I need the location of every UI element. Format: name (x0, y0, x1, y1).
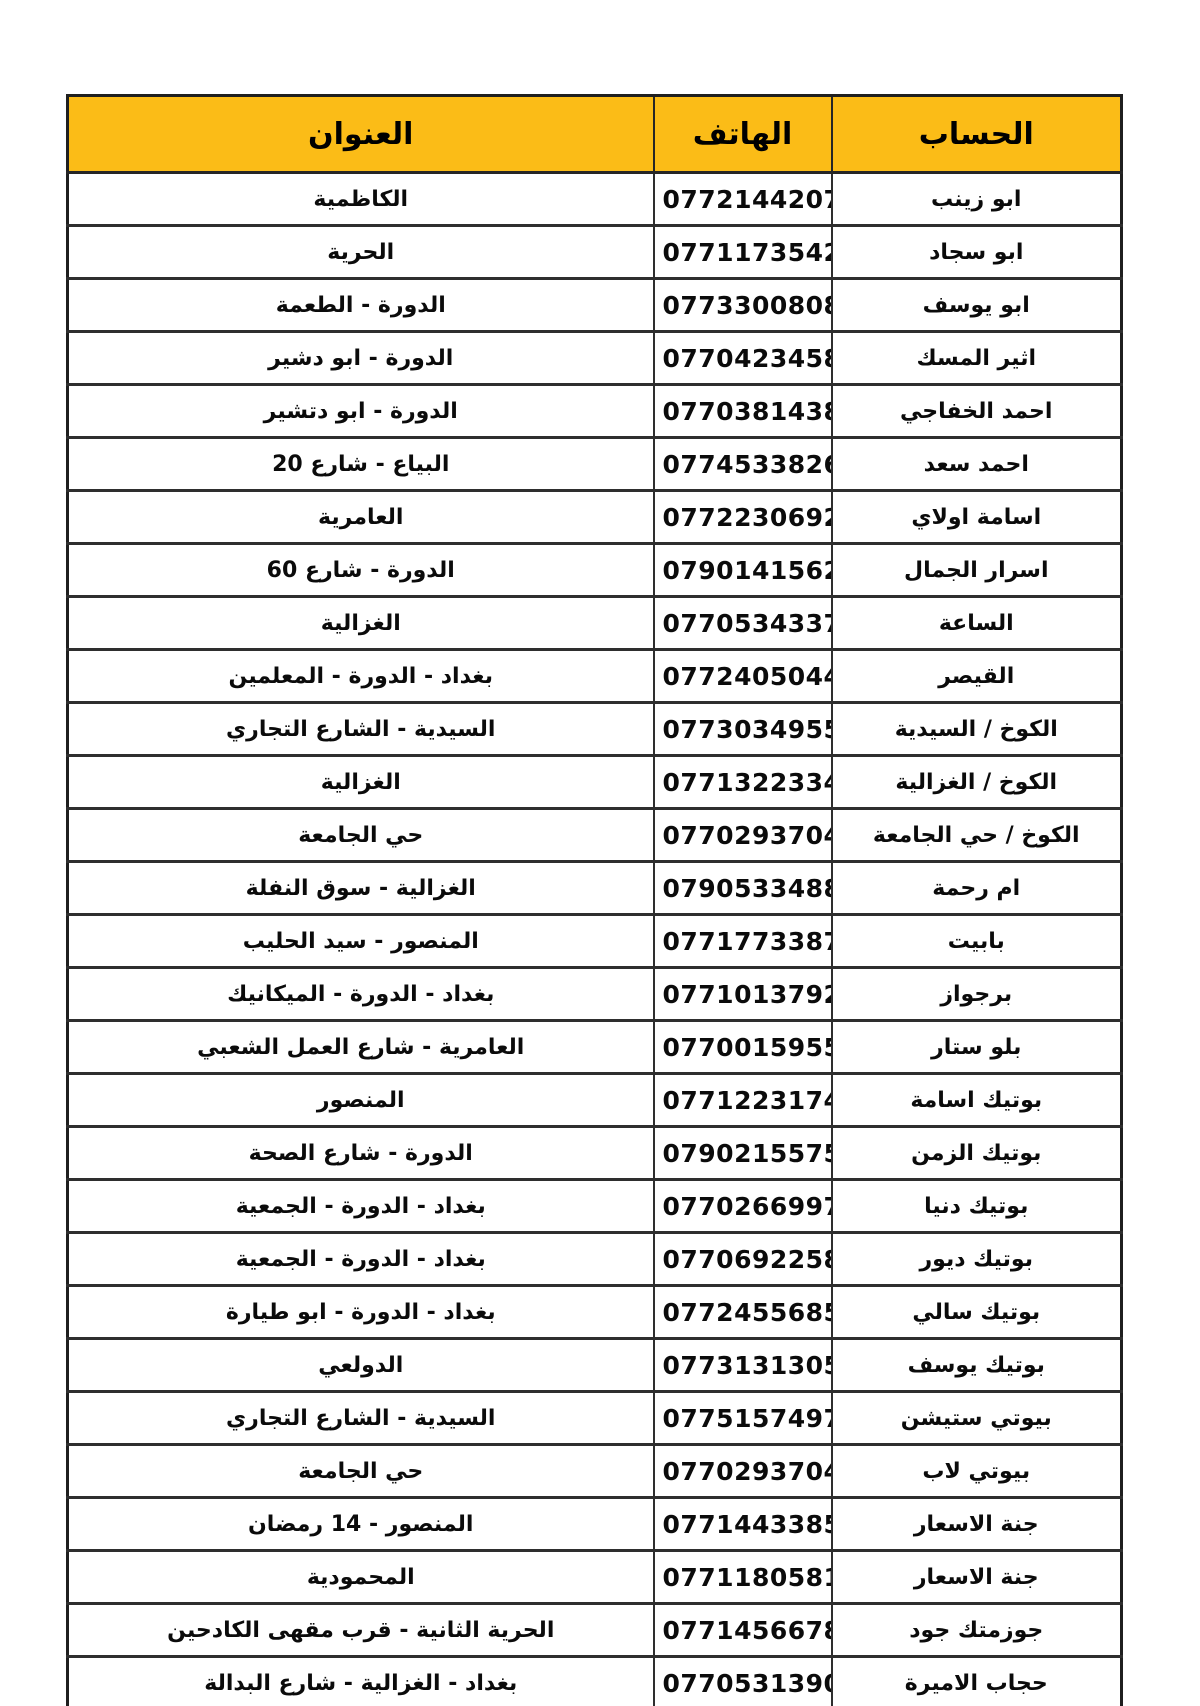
account-cell: احمد الخفاجي (832, 385, 1122, 438)
table-row: ابو سجاد07711735424الحرية (68, 226, 1122, 279)
account-cell: اثير المسك (832, 332, 1122, 385)
address-cell: الحرية الثانية - قرب مقهى الكادحين (68, 1604, 654, 1657)
header-phone: الهاتف (654, 96, 832, 173)
account-cell: بوتيك اسامة (832, 1074, 1122, 1127)
account-cell: بيوتي ستيشن (832, 1392, 1122, 1445)
account-cell: الكوخ / الغزالية (832, 756, 1122, 809)
table-row: القيصر07724050440بغداد - الدورة - المعلم… (68, 650, 1122, 703)
table-row: الساعة07705343377الغزالية (68, 597, 1122, 650)
phone-cell: 07722306922 (654, 491, 832, 544)
phone-cell: 07711805818 (654, 1551, 832, 1604)
address-cell: السيدية - الشارع التجاري (68, 703, 654, 756)
table-header: الحساب الهاتف العنوان (68, 96, 1122, 173)
address-cell: المحمودية (68, 1551, 654, 1604)
account-cell: بيوتي لاب (832, 1445, 1122, 1498)
account-cell: اسرار الجمال (832, 544, 1122, 597)
phone-cell: 07710137929 (654, 968, 832, 1021)
account-cell: بوتيك سالي (832, 1286, 1122, 1339)
address-cell: الدورة - الطعمة (68, 279, 654, 332)
address-cell: المنصور - سيد الحليب (68, 915, 654, 968)
phone-cell: 07705343377 (654, 597, 832, 650)
table-row: اسامة اولاي07722306922العامرية (68, 491, 1122, 544)
phone-cell: 07714566788 (654, 1604, 832, 1657)
account-cell: بوتيك يوسف (832, 1339, 1122, 1392)
phone-cell: 07905334885 (654, 862, 832, 915)
account-cell: ام رحمة (832, 862, 1122, 915)
address-cell: الغزالية - سوق النفلة (68, 862, 654, 915)
table-row: الكوخ / الغزالية07713223340الغزالية (68, 756, 1122, 809)
phone-cell: 07733008085 (654, 279, 832, 332)
table-row: بوتيك اسامة07712231746المنصور (68, 1074, 1122, 1127)
table-row: الكوخ / السيدية07730349557السيدية - الشا… (68, 703, 1122, 756)
phone-cell: 07714433855 (654, 1498, 832, 1551)
table-row: بوتيك دنيا07702669973بغداد - الدورة - ال… (68, 1180, 1122, 1233)
table-row: ابو زينب07721442078الكاظمية (68, 173, 1122, 226)
header-account: الحساب (832, 96, 1122, 173)
address-cell: بغداد - الدورة - الجمعية (68, 1180, 654, 1233)
header-row: الحساب الهاتف العنوان (68, 96, 1122, 173)
phone-cell: 07704234584 (654, 332, 832, 385)
phone-cell: 07713223340 (654, 756, 832, 809)
address-cell: بغداد - الغزالية - شارع البدالة (68, 1657, 654, 1706)
phone-cell: 07706922580 (654, 1233, 832, 1286)
address-cell: بغداد - الدورة - ابو طيارة (68, 1286, 654, 1339)
address-cell: الحرية (68, 226, 654, 279)
phone-cell: 07721442078 (654, 173, 832, 226)
phone-cell: 07711735424 (654, 226, 832, 279)
address-cell: بغداد - الدورة - المعلمين (68, 650, 654, 703)
accounts-table-container: الحساب الهاتف العنوان ابو زينب0772144207… (66, 94, 1123, 1706)
address-cell: حي الجامعة (68, 809, 654, 862)
address-cell: الكاظمية (68, 173, 654, 226)
address-cell: الدورة - ابو دتشير (68, 385, 654, 438)
table-row: اسرار الجمال07901415624الدورة - شارع 60 (68, 544, 1122, 597)
address-cell: المنصور - 14 رمضان (68, 1498, 654, 1551)
account-cell: بوتيك الزمن (832, 1127, 1122, 1180)
accounts-table: الحساب الهاتف العنوان ابو زينب0772144207… (66, 94, 1123, 1706)
phone-cell: 07702937047 (654, 809, 832, 862)
table-row: بابيت07717733873المنصور - سيد الحليب (68, 915, 1122, 968)
address-cell: المنصور (68, 1074, 654, 1127)
account-cell: جنة الاسعار (832, 1551, 1122, 1604)
phone-cell: 07902155751 (654, 1127, 832, 1180)
account-cell: القيصر (832, 650, 1122, 703)
phone-cell: 07724050440 (654, 650, 832, 703)
account-cell: ابو زينب (832, 173, 1122, 226)
table-row: جوزمتك جود07714566788الحرية الثانية - قر… (68, 1604, 1122, 1657)
account-cell: ابو سجاد (832, 226, 1122, 279)
table-row: بيوتي لاب07702937047حي الجامعة (68, 1445, 1122, 1498)
account-cell: الكوخ / السيدية (832, 703, 1122, 756)
phone-cell: 07724556852 (654, 1286, 832, 1339)
account-cell: حجاب الاميرة (832, 1657, 1122, 1706)
table-row: ابو يوسف07733008085الدورة - الطعمة (68, 279, 1122, 332)
table-row: بوتيك يوسف07731313057الدولعي (68, 1339, 1122, 1392)
address-cell: الدولعي (68, 1339, 654, 1392)
address-cell: الغزالية (68, 597, 654, 650)
document-page: الحساب الهاتف العنوان ابو زينب0772144207… (0, 0, 1200, 1706)
phone-cell: 07702669973 (654, 1180, 832, 1233)
address-cell: الدورة - شارع 60 (68, 544, 654, 597)
phone-cell: 07705313906 (654, 1657, 832, 1706)
header-address: العنوان (68, 96, 654, 173)
table-row: ام رحمة07905334885الغزالية - سوق النفلة (68, 862, 1122, 915)
account-cell: جوزمتك جود (832, 1604, 1122, 1657)
table-row: بوتيك ديور07706922580بغداد - الدورة - ال… (68, 1233, 1122, 1286)
table-row: احمد سعد07745338267البياع - شارع 20 (68, 438, 1122, 491)
account-cell: اسامة اولاي (832, 491, 1122, 544)
phone-cell: 07717733873 (654, 915, 832, 968)
address-cell: العامرية - شارع العمل الشعبي (68, 1021, 654, 1074)
phone-cell: 07712231746 (654, 1074, 832, 1127)
address-cell: السيدية - الشارع التجاري (68, 1392, 654, 1445)
address-cell: حي الجامعة (68, 1445, 654, 1498)
table-row: حجاب الاميرة07705313906بغداد - الغزالية … (68, 1657, 1122, 1706)
phone-cell: 07702937047 (654, 1445, 832, 1498)
address-cell: الدورة - ابو دشير (68, 332, 654, 385)
address-cell: الغزالية (68, 756, 654, 809)
account-cell: بلو ستار (832, 1021, 1122, 1074)
address-cell: العامرية (68, 491, 654, 544)
account-cell: الكوخ / حي الجامعة (832, 809, 1122, 862)
phone-cell: 07731313057 (654, 1339, 832, 1392)
account-cell: احمد سعد (832, 438, 1122, 491)
account-cell: برجواز (832, 968, 1122, 1021)
address-cell: بغداد - الدورة - الجمعية (68, 1233, 654, 1286)
table-row: بيوتي ستيشن07751574974السيدية - الشارع ا… (68, 1392, 1122, 1445)
table-row: اثير المسك07704234584الدورة - ابو دشير (68, 332, 1122, 385)
table-row: الكوخ / حي الجامعة07702937047حي الجامعة (68, 809, 1122, 862)
table-body: ابو زينب07721442078الكاظميةابو سجاد07711… (68, 173, 1122, 1706)
table-row: جنة الاسعار07714433855المنصور - 14 رمضان (68, 1498, 1122, 1551)
table-row: برجواز07710137929بغداد - الدورة - الميكا… (68, 968, 1122, 1021)
table-row: بوتيك سالي07724556852بغداد - الدورة - اب… (68, 1286, 1122, 1339)
address-cell: الدورة - شارع الصحة (68, 1127, 654, 1180)
account-cell: جنة الاسعار (832, 1498, 1122, 1551)
phone-cell: 07700159554 (654, 1021, 832, 1074)
address-cell: بغداد - الدورة - الميكانيك (68, 968, 654, 1021)
table-row: احمد الخفاجي07703814382الدورة - ابو دتشي… (68, 385, 1122, 438)
address-cell: البياع - شارع 20 (68, 438, 654, 491)
table-row: جنة الاسعار07711805818المحمودية (68, 1551, 1122, 1604)
account-cell: بوتيك دنيا (832, 1180, 1122, 1233)
account-cell: بوتيك ديور (832, 1233, 1122, 1286)
account-cell: بابيت (832, 915, 1122, 968)
phone-cell: 07730349557 (654, 703, 832, 756)
phone-cell: 07751574974 (654, 1392, 832, 1445)
phone-cell: 07703814382 (654, 385, 832, 438)
phone-cell: 07745338267 (654, 438, 832, 491)
account-cell: ابو يوسف (832, 279, 1122, 332)
account-cell: الساعة (832, 597, 1122, 650)
table-row: بلو ستار07700159554العامرية - شارع العمل… (68, 1021, 1122, 1074)
phone-cell: 07901415624 (654, 544, 832, 597)
table-row: بوتيك الزمن07902155751الدورة - شارع الصح… (68, 1127, 1122, 1180)
